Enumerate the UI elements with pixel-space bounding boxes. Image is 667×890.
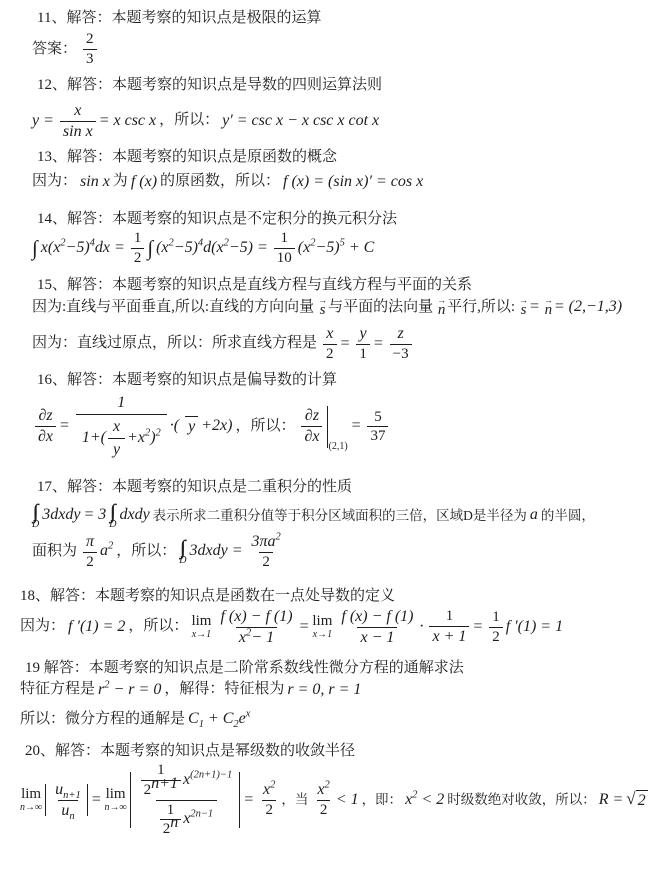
fraction: z−3 [390, 324, 412, 364]
abs-bar [239, 772, 240, 828]
problem-16-title: 16、解答：本题考察的知识点是偏导数的计算 [0, 370, 663, 390]
math-piece: x2n−1 [183, 810, 213, 827]
problem-12-formula: y = xsin x = x csc x ，所以： y′ = csc x − x… [0, 101, 663, 142]
denominator: x2− 1 [236, 627, 277, 648]
superscript: 2 [156, 427, 161, 438]
numerator: x [323, 324, 336, 344]
cn-text: ，所以： [159, 111, 219, 131]
denominator: 1 [356, 344, 370, 364]
math-text: r = 0, r = 1 [287, 680, 361, 701]
math-piece: −5) [66, 239, 90, 256]
double-integral: ∫∫D [32, 502, 39, 530]
cn-text: 的原函数，所以： [160, 172, 280, 192]
numerator: x [71, 101, 84, 121]
problem-11-answer: 答案： 23 [0, 30, 663, 69]
denominator: 2 [259, 552, 273, 572]
denominator: 2 [323, 344, 337, 364]
denominator: x − 1 [357, 627, 397, 648]
superscript: n [170, 814, 178, 831]
denominator: 2 [83, 552, 97, 572]
integral-domain: D [179, 556, 186, 566]
partial-derivative: ∂z∂x [35, 406, 56, 447]
math-piece: x(x [41, 239, 61, 256]
math-piece: (x [156, 239, 168, 256]
math-text: R = [599, 790, 624, 811]
superscript: 2n−1 [190, 809, 213, 820]
denominator: un [58, 800, 77, 821]
math-text: 3dxdy = [190, 541, 243, 562]
big-ratio-fraction: 12n+1x(2n+1)−112nx2n−1 [137, 761, 237, 839]
vector-n: →n [544, 297, 553, 318]
problem-13-line: 因为： sin x 为 f (x) 的原函数，所以： f (x) = (sin … [0, 172, 663, 193]
math-piece: 2n+1 [144, 782, 178, 798]
numerator: 2 [83, 30, 97, 49]
superscript: 2 [108, 541, 113, 552]
problem-19-title: 19 解答：本题考察的知识点是二阶常系数线性微分方程的通解求法 [0, 658, 663, 678]
math-piece: + C [345, 239, 374, 256]
problem-19-line-3: 所以：微分方程的通解是 C1 + C2ex [0, 709, 663, 730]
cn-text: 表示所求二重积分值等于积分区域面积的三倍，区域D是半径为 [153, 507, 527, 525]
fraction: x2 [323, 324, 337, 364]
denominator: ∂x [35, 426, 56, 447]
numerator: ∂z [35, 406, 55, 426]
cn-text: 与平面的法向量 [328, 298, 433, 318]
math-text: r2 − r = 0 [98, 680, 161, 701]
cn-text: ，所以： [128, 617, 188, 637]
denominator: 2 [317, 800, 331, 820]
math-piece: e [239, 710, 246, 727]
problem-15-title: 15、解答：本题考察的知识点是直线方程与直线方程与平面的关系 [0, 275, 663, 295]
square-root: √2 [626, 790, 647, 810]
numerator: un+1 [52, 780, 84, 800]
numerator: ∂z [302, 406, 322, 426]
math-text: f (x) [131, 172, 157, 193]
problem-15-line-2: 因为:直线与平面垂直,所以:直线的方向向量 →s 与平面的法向量 →n 平行,所… [0, 297, 663, 318]
problem-11-title: 11、解答：本题考察的知识点是极限的运算 [0, 8, 663, 28]
cn-text: 平行,所以: [447, 298, 515, 318]
math-piece: 1+( [82, 429, 106, 446]
problem-15-line-3: 因为：直线过原点，所以：所求直线方程是 x2 = y1 = z−3 [0, 324, 663, 364]
double-integral: ∫∫D [179, 538, 186, 566]
math-piece: x [239, 629, 246, 646]
problem-18-formula: 因为： f ′(1) = 2 ，所以： limx→1 f (x) − f (1)… [0, 607, 663, 648]
problem-13-title: 13、解答：本题考察的知识点是原函数的概念 [0, 147, 663, 167]
radicand: 2 [636, 790, 648, 810]
math-text: a [530, 505, 538, 526]
math-text: f ′(1) = 2 [68, 617, 125, 638]
math-piece: +x2)2 [127, 429, 161, 446]
problem-17-line-3: 面积为 π2 a2 ，所以： ∫∫D 3dxdy = 3πa22 [0, 532, 663, 572]
fraction: y1 [356, 324, 370, 364]
vector-letter: n [438, 303, 446, 318]
superscript: (2n+1)−1 [190, 770, 232, 781]
problem-12-title: 12、解答：本题考察的知识点是导数的四则运算法则 [0, 75, 663, 95]
math-text: (x2−5)4d(x2−5) = [156, 238, 268, 259]
fraction: 3πa22 [249, 532, 284, 572]
cn-text: ，解得：特征根为 [164, 680, 284, 700]
vector-letter: s [521, 303, 527, 318]
limit: limx→1 [312, 614, 332, 640]
evaluated-partial: ∂z∂x(2,1) [298, 406, 347, 448]
denominator: 2 [262, 800, 276, 820]
math-piece: 2n [163, 821, 179, 837]
inner-fraction: xy [108, 416, 125, 461]
numerator: 3πa2 [249, 532, 284, 552]
vector-letter: s [320, 303, 326, 318]
math-text: < 1 [336, 790, 359, 811]
vector-s: →s [519, 297, 528, 318]
numerator: z [394, 324, 406, 344]
math-piece: 3πa2 [252, 533, 281, 550]
vector-s: →s [318, 297, 327, 318]
math-text: = [59, 416, 70, 437]
math-piece: d(x [203, 239, 223, 256]
math-text: sin x [80, 172, 110, 193]
fraction: 12 [489, 608, 503, 647]
math-piece: −5) [315, 239, 339, 256]
denominator: x + 1 [429, 626, 469, 647]
superscript: x [246, 709, 251, 720]
fraction: 12 [131, 229, 145, 268]
math-piece: −5) [174, 239, 198, 256]
math-piece: x2 [263, 781, 275, 798]
cn-text: 因为： [32, 172, 77, 192]
partial-derivative: ∂z∂x [301, 406, 322, 447]
math-piece: u [55, 781, 63, 798]
math-text: f ′(1) = 1 [506, 617, 563, 638]
math-piece: < 2 [417, 791, 444, 808]
limit: limx→1 [191, 614, 211, 640]
numerator: 1 [489, 608, 503, 627]
denominator: 2n [160, 819, 182, 839]
fraction: 23 [83, 30, 97, 69]
math-text: y = [32, 111, 54, 132]
math-text: = [373, 334, 384, 355]
ratio-fraction: un+1un [52, 780, 84, 821]
math-piece: − r = 0 [110, 681, 162, 698]
math-piece: un [61, 802, 74, 819]
double-integral: ∫∫D [109, 502, 116, 530]
math-piece: C [188, 710, 199, 727]
problem-14-title: 14、解答：本题考察的知识点是不定积分的换元积分法 [0, 209, 663, 229]
cn-text: ，所以： [116, 542, 176, 562]
math-text: = [529, 297, 540, 318]
abs-bar [130, 772, 131, 828]
math-text: = [472, 617, 483, 638]
math-piece: x2− 1 [239, 629, 274, 646]
integral-domain: D [109, 520, 116, 530]
numerator: π [83, 532, 97, 552]
math-text: dxdy [119, 505, 149, 526]
math-piece: − 1 [251, 629, 274, 646]
math-text: x(x2−5)4dx = [41, 238, 125, 259]
answer-label: 答案： [32, 40, 77, 60]
math-piece: (x [298, 239, 310, 256]
cn-text: ，当 [281, 791, 308, 809]
numerator: 5 [371, 408, 385, 427]
problem-17-line-2: ∫∫D 3dxdy = 3 ∫∫D dxdy 表示所求二重积分值等于积分区域面积… [0, 502, 663, 530]
numerator: x2 [314, 780, 332, 800]
cn-text: ，即： [362, 791, 403, 809]
denominator: 1+(xy+x2)2 [76, 414, 167, 462]
math-text: 3dxdy [42, 505, 80, 526]
superscript: 2 [276, 532, 281, 543]
denominator: 2n+1 [141, 780, 181, 800]
math-text: (x2−5)5 + C [298, 238, 375, 259]
evaluation-point: (2,1) [328, 440, 347, 453]
numerator: 12n+1x(2n+1)−1 [137, 761, 237, 800]
math-text: f (x) = (sin x)′ = cos x [283, 172, 423, 193]
math-piece: un+1 [55, 781, 81, 798]
subscript: n [69, 811, 74, 822]
limit-subscript: x→1 [192, 630, 211, 640]
denominator: −3 [390, 344, 412, 364]
superscript: 2 [270, 780, 275, 791]
limit-label: lim [106, 787, 126, 802]
integral-icon: ∫ [32, 238, 38, 259]
denominator: 2 [131, 248, 145, 268]
math-piece: 3πa [252, 533, 276, 550]
math-piece: x [317, 781, 324, 798]
superscript: n+1 [151, 775, 178, 792]
math-text: = [299, 617, 310, 638]
cn-text: 因为:直线与平面垂直,所以:直线的方向向量 [32, 298, 314, 318]
limit-label: lim [21, 787, 41, 802]
math-text: C1 + C2ex [188, 709, 250, 730]
denominator: y [108, 438, 125, 461]
superscript: 2 [325, 780, 330, 791]
vector-n: →n [437, 297, 446, 318]
integral-domain: D [32, 520, 39, 530]
denominator: sin x [60, 121, 96, 142]
vector-letter: n [545, 303, 553, 318]
numerator: 1 [131, 229, 145, 248]
math-text: y′ = csc x − x csc x cot x [222, 111, 379, 132]
numerator: 1 [112, 392, 130, 414]
numerator: x2 [260, 780, 278, 800]
problem-17-title: 17、解答：本题考察的知识点是二重积分的性质 [0, 477, 663, 497]
fraction: xsin x [60, 101, 96, 142]
math-text: = [340, 334, 351, 355]
integral-icon: ∫ [147, 238, 153, 259]
denominator: 10 [274, 248, 295, 268]
cn-text: 的半圆， [541, 507, 595, 525]
problem-20-formula: limn→∞ un+1un = limn→∞ 12n+1x(2n+1)−112n… [0, 761, 663, 839]
numerator: f (x) − f (1) [338, 607, 416, 627]
math-text: · [419, 617, 423, 638]
math-piece: x2 [317, 781, 329, 798]
problem-18-title: 18、解答：本题考察的知识点是函数在一点处导数的定义 [0, 586, 663, 606]
math-piece: a [100, 542, 108, 559]
cn-text: 所以：微分方程的通解是 [20, 710, 185, 730]
limit-label: lim [191, 614, 211, 629]
inner-fraction: 12n+1 [141, 761, 181, 800]
numerator: 1 [443, 607, 457, 626]
math-text: ·( [170, 416, 179, 437]
numerator: 1 [278, 229, 292, 248]
cn-text: ，所以： [235, 417, 295, 437]
denominator: 3 [83, 49, 97, 69]
numerator: f (x) − f (1) [217, 607, 295, 627]
math-text: = (2,−1,3) [554, 297, 622, 318]
big-fraction: 11+(xy+x2)2 [76, 392, 167, 462]
fraction: x22 [314, 780, 332, 820]
math-text: +2x) [201, 416, 232, 437]
denominator: ∂x [301, 426, 322, 447]
limit: limn→∞ [105, 787, 127, 813]
fraction: π2 [83, 532, 97, 572]
abs-bar [87, 784, 88, 816]
numerator: x [108, 416, 125, 438]
math-piece: 1+( [82, 429, 106, 446]
cn-text: 时级数绝对收敛，所以： [447, 791, 596, 809]
math-text: x2 < 2 [405, 790, 444, 811]
denominator: 37 [367, 426, 388, 446]
solutions-document: 11、解答：本题考察的知识点是极限的运算 答案： 23 12、解答：本题考察的知… [0, 0, 667, 839]
inner-fraction: 12n [160, 801, 182, 840]
math-piece: −5) = [229, 239, 268, 256]
math-piece: +x [127, 429, 145, 446]
math-text: = [243, 790, 254, 811]
fraction: 1x + 1 [429, 607, 469, 647]
fraction: x22 [260, 780, 278, 820]
problem-19-line-2: 特征方程是 r2 − r = 0 ，解得：特征根为 r = 0, r = 1 [0, 680, 663, 701]
fraction: f (x) − f (1)x − 1 [338, 607, 416, 648]
empty-numerator-fraction: y [185, 416, 198, 437]
numerator: y [357, 324, 370, 344]
limit-subscript: n→∞ [20, 803, 42, 813]
problem-14-formula: ∫ x(x2−5)4dx = 12 ∫ (x2−5)4d(x2−5) = 110… [0, 229, 663, 268]
denominator: 2 [489, 627, 503, 647]
math-piece: dx = [95, 239, 125, 256]
cn-text: 特征方程是 [20, 680, 95, 700]
limit-subscript: x→1 [313, 630, 332, 640]
cn-text: 因为：直线过原点，所以：所求直线方程是 [32, 334, 317, 354]
abs-bar [45, 784, 46, 816]
math-text: = [351, 416, 362, 437]
math-piece: x [183, 771, 190, 788]
fraction: 110 [274, 229, 295, 268]
math-piece: + C [204, 710, 233, 727]
radical-icon: √ [626, 790, 635, 809]
cn-text: 面积为 [32, 542, 77, 562]
limit: limn→∞ [20, 787, 42, 813]
cn-text: 因为： [20, 617, 65, 637]
denominator: y [185, 416, 198, 437]
denominator: 12nx2n−1 [156, 800, 217, 840]
math-text: = x csc x [99, 111, 156, 132]
limit-subscript: n→∞ [105, 803, 127, 813]
limit-label: lim [312, 614, 332, 629]
fraction: 537 [367, 408, 388, 447]
math-text: = [91, 790, 102, 811]
problem-16-formula: ∂z∂x = 11+(xy+x2)2 ·( y +2x) ，所以： ∂z∂x(2… [0, 392, 663, 462]
cn-text: 为 [113, 172, 128, 192]
fraction: f (x) − f (1)x2− 1 [217, 607, 295, 648]
math-text: a2 [100, 541, 113, 562]
problem-20-title: 20、解答：本题考察的知识点是幂级数的收敛半径 [0, 741, 663, 761]
math-text: = 3 [83, 505, 106, 526]
math-piece: x(2n+1)−1 [183, 771, 232, 788]
